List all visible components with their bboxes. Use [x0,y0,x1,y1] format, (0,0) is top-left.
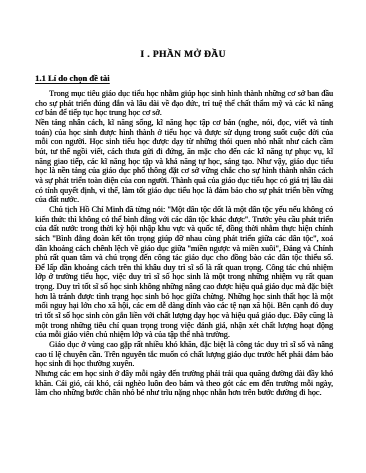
page-title: I . PHẦN MỞ ĐẦU [0,50,366,61]
paragraph-foundation: Nền tảng nhân cách, kĩ năng sống, kĩ năn… [35,118,333,205]
document-body: Trong mục tiêu giáo dục tiểu học nhằm gi… [35,89,333,398]
paragraph-intro: Trong mục tiêu giáo dục tiểu học nhằm gi… [35,89,333,118]
document-page: I . PHẦN MỞ ĐẦU 1.1 Lí do chọn đề tài Tr… [0,0,366,473]
paragraph-highland-education: Giáo dục ở vùng cao gặp rất nhiều khó kh… [35,340,333,369]
section-heading: 1.1 Lí do chọn đề tài [35,73,366,83]
paragraph-ho-chi-minh-quote: Chủ tịch Hồ Chí Minh đã từng nói: "Một d… [35,205,333,340]
paragraph-students-hardship: Nhưng các em học sinh ở đây mỗi ngày đến… [35,369,333,398]
